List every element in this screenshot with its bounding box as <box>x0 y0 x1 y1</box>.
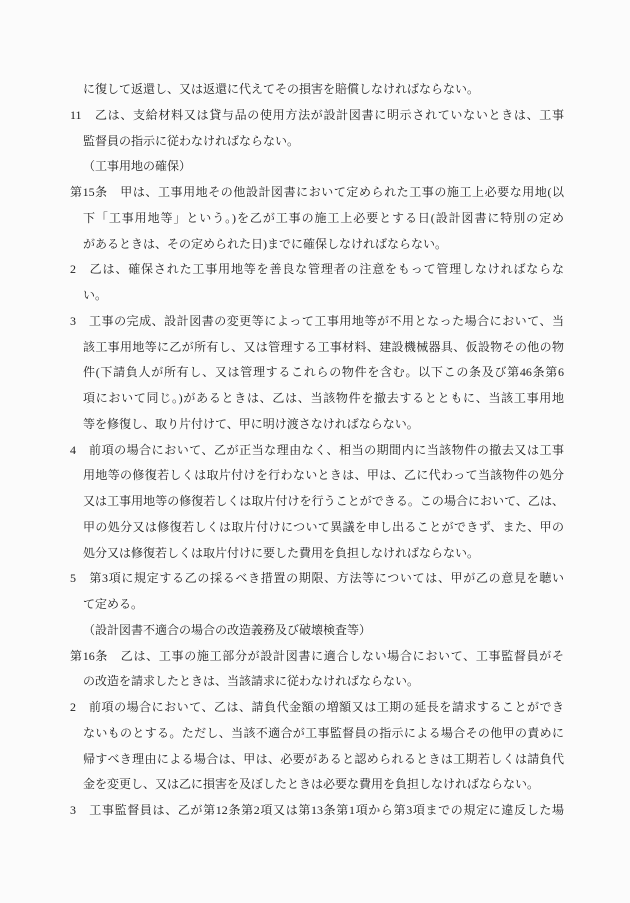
article-16-item-2-line: 2 前項の場合において、乙は、請負代金額の増額又は工期の延長を請求することができ <box>70 695 564 721</box>
article-16-item-2-line: ないものとする。ただし、当該不適合が工事監督員の指示による場合その他甲の責めに <box>70 721 564 747</box>
section-heading-land: （工事用地の確保） <box>70 154 564 180</box>
section-heading-nonconformity: （設計図書不適合の場合の改造義務及び破壊検査等） <box>70 618 564 644</box>
article-15-item-2-line: 2 乙は、確保された工事用地等を善良な管理者の注意をもって管理しなければならな <box>70 257 564 283</box>
article-15-item-4-line: 用地等の修復若しくは取片付けを行わないときは、甲は、乙に代わって当該物件の処分 <box>70 463 564 489</box>
article-15-item-4-line: 処分又は修復若しくは取片付けに要した費用を負担しなければならない。 <box>70 541 564 567</box>
article-15-line: があるときは、その定められた日)までに確保しなければならない。 <box>70 232 564 258</box>
article-15-item-3-line: 項において同じ。)があるときは、乙は、当該物件を撤去するとともに、当該工事用地 <box>70 386 564 412</box>
article-15-item-5-line: て定める。 <box>70 592 564 618</box>
article-16-line: の改造を請求したときは、当該請求に従わなければならない。 <box>70 669 564 695</box>
article-15-item-4-line: 4 前項の場合において、乙が正当な理由なく、相当の期間内に当該物件の撤去又は工事 <box>70 438 564 464</box>
article-16-line: 第16条 乙は、工事の施工部分が設計図書に適合しない場合において、工事監督員がそ <box>70 644 564 670</box>
article-15-line: 下「工事用地等」という。)を乙が工事の施工上必要とする日(設計図書に特別の定め <box>70 206 564 232</box>
contract-text: に復して返還し、又は返還に代えてその損害を賠償しなければならない。 11 乙は、… <box>70 77 564 824</box>
article-16-item-2-line: 帰すべき理由による場合は、甲は、必要があると認められるときは工期若しくは請負代 <box>70 747 564 773</box>
article-15-item-4-line: 甲の処分又は修復若しくは取片付けについて異議を申し出ることができず、また、甲の <box>70 515 564 541</box>
article-15-item-5-line: 5 第3項に規定する乙の採るべき措置の期限、方法等については、甲が乙の意見を聴い <box>70 566 564 592</box>
article-16-item-2-line: 金を変更し、又は乙に損害を及ぼしたときは必要な費用を負担しなければならない。 <box>70 772 564 798</box>
article-15-item-3-line: 該工事用地等に乙が所有し、又は管理する工事材料、建設機械器具、仮設物その他の物 <box>70 335 564 361</box>
article-15-item-3-line: 3 工事の完成、設計図書の変更等によって工事用地等が不用となった場合において、当 <box>70 309 564 335</box>
article-15-item-2-line: い。 <box>70 283 564 309</box>
article-15-line: 第15条 甲は、工事用地その他設計図書において定められた工事の施工上必要な用地(… <box>70 180 564 206</box>
document-page: に復して返還し、又は返還に代えてその損害を賠償しなければならない。 11 乙は、… <box>0 0 630 903</box>
article-16-item-3-line: 3 工事監督員は、乙が第12条第2項又は第13条第1項から第3項までの規定に違反… <box>70 798 564 824</box>
text-line-continuation: に復して返還し、又は返還に代えてその損害を賠償しなければならない。 <box>70 77 564 103</box>
clause-11-line: 11 乙は、支給材料又は貸与品の使用方法が設計図書に明示されていないときは、工事 <box>70 103 564 129</box>
article-15-item-3-line: 等を修復し、取り片付けて、甲に明け渡さなければならない。 <box>70 412 564 438</box>
article-15-item-4-line: 又は工事用地等の修復若しくは取片付けを行うことができる。この場合において、乙は、 <box>70 489 564 515</box>
article-15-item-3-line: 件(下請負人が所有し、又は管理するこれらの物件を含む。以下この条及び第46条第6 <box>70 360 564 386</box>
clause-11-line: 監督員の指示に従わなければならない。 <box>70 129 564 155</box>
